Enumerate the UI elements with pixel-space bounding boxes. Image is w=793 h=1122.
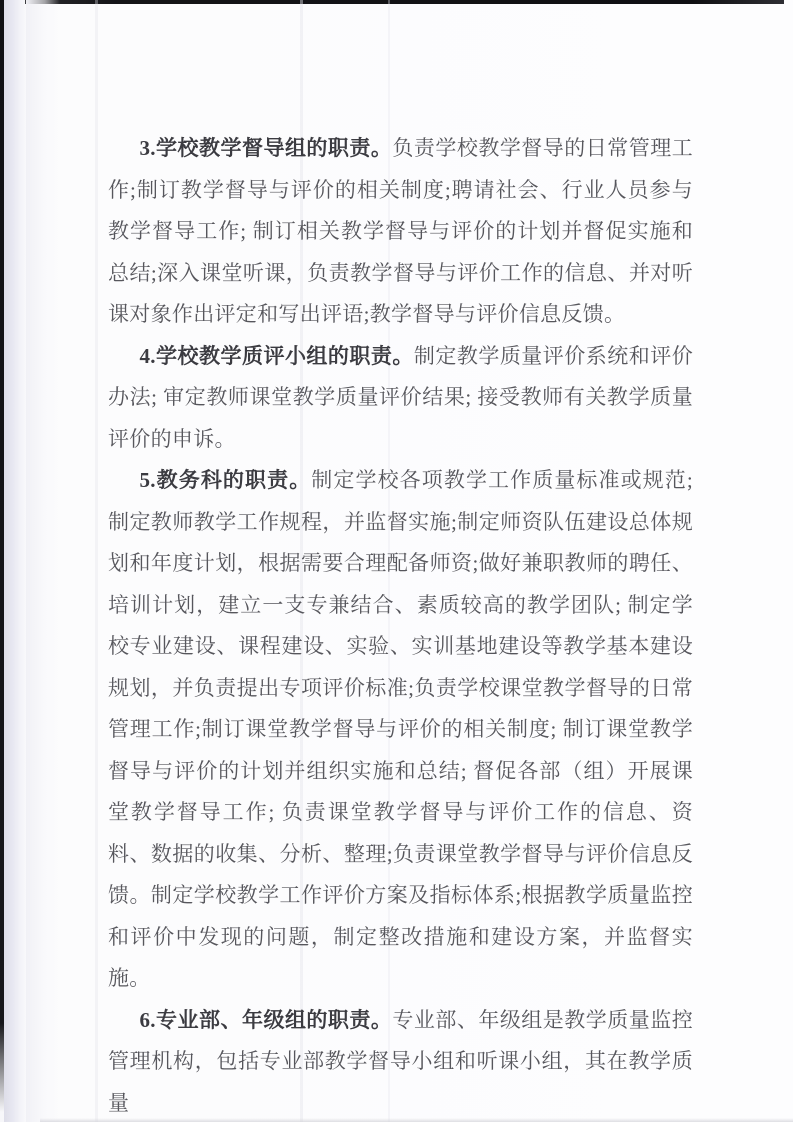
scan-edge-top xyxy=(25,0,784,4)
scan-streak xyxy=(95,0,98,1122)
paragraph-lead: 5.教务科的职责。 xyxy=(140,468,312,492)
paragraph-text: 制定学校各项教学工作质量标准或规范;制定教师教学工作规程，并监督实施;制定师资队… xyxy=(108,468,693,990)
paragraph-lead: 6.专业部、年级组的职责。 xyxy=(140,1008,393,1032)
paragraph-school-supervision-group-duties: 3.学校教学督导组的职责。负责学校教学督导的日常管理工作;制订教学督导与评价的相… xyxy=(108,128,693,336)
paragraph-lead: 4.学校教学质评小组的职责。 xyxy=(140,344,414,368)
scan-left-shadow-band xyxy=(4,0,26,1122)
document-body: 3.学校教学督导组的职责。负责学校教学督导的日常管理工作;制订教学督导与评价的相… xyxy=(108,128,693,1122)
paragraph-lead: 3.学校教学督导组的职责。 xyxy=(140,136,393,160)
paragraph-quality-evaluation-team-duties: 4.学校教学质评小组的职责。制定教学质量评价系统和评价办法; 审定教师课堂教学质… xyxy=(108,336,693,461)
paragraph-academic-affairs-office-duties: 5.教务科的职责。制定学校各项教学工作质量标准或规范;制定教师教学工作规程，并监… xyxy=(108,460,693,1000)
paragraph-department-grade-group-duties: 6.专业部、年级组的职责。专业部、年级组是教学质量监控管理机构，包括专业部教学督… xyxy=(108,1000,693,1122)
scanned-document-page: 3.学校教学督导组的职责。负责学校教学督导的日常管理工作;制订教学督导与评价的相… xyxy=(0,0,793,1122)
scan-left-shadow-band-outer xyxy=(26,0,60,1122)
paragraph-text: 负责学校教学督导的日常管理工作;制订教学督导与评价的相关制度;聘请社会、行业人员… xyxy=(108,136,693,326)
